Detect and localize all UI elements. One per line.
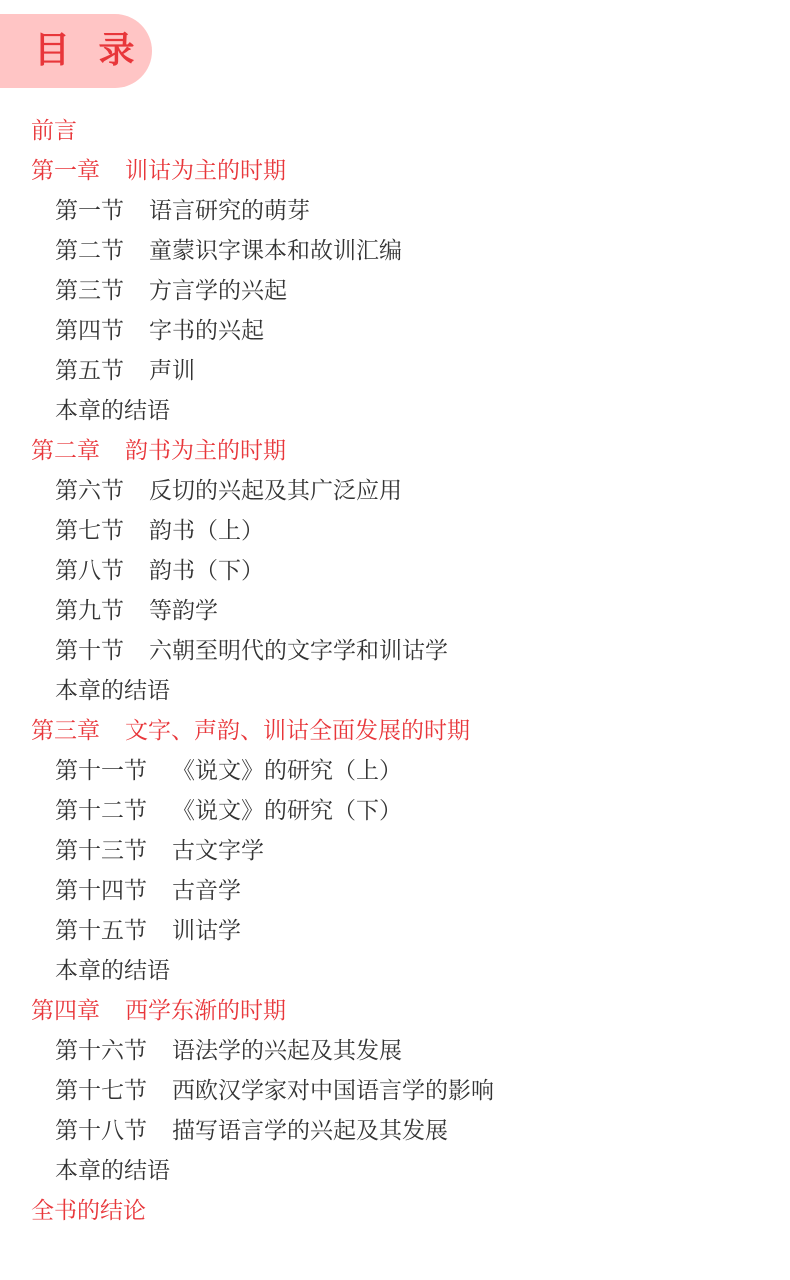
toc-item-number: 第三章	[31, 711, 100, 751]
toc-item-title: 西欧汉学家对中国语言学的影响	[172, 1078, 494, 1104]
toc-item-number: 第十二节	[55, 791, 147, 831]
toc-section-5[interactable]: 第五节声训	[0, 351, 790, 391]
toc-item-number: 第六节	[55, 471, 124, 511]
toc-item-title: 文字、声韵、训诂全面发展的时期	[125, 718, 470, 744]
toc-item-number: 第十八节	[55, 1111, 147, 1151]
toc-item-title: 《说文》的研究（下）	[172, 798, 402, 824]
toc-item-title: 古文字学	[172, 838, 264, 864]
toc-item-title: 声训	[149, 358, 195, 384]
toc-chapter-2[interactable]: 第二章韵书为主的时期	[0, 431, 790, 471]
toc-item-book-conclusion[interactable]: 全书的结论	[0, 1191, 790, 1231]
toc-chapter-4-conclusion[interactable]: 本章的结语	[0, 1151, 790, 1191]
toc-item-title: 韵书为主的时期	[125, 438, 286, 464]
toc-section-1[interactable]: 第一节语言研究的萌芽	[0, 191, 790, 231]
toc-item-title: 《说文》的研究（上）	[172, 758, 402, 784]
toc-item-title: 西学东渐的时期	[125, 998, 286, 1024]
toc-item-title: 字书的兴起	[149, 318, 264, 344]
toc-item-number: 第三节	[55, 271, 124, 311]
toc-section-10[interactable]: 第十节六朝至明代的文字学和训诂学	[0, 631, 790, 671]
toc-item-number: 第十六节	[55, 1031, 147, 1071]
toc-item-number: 第五节	[55, 351, 124, 391]
toc-section-15[interactable]: 第十五节训诂学	[0, 911, 790, 951]
toc-item-number: 第十五节	[55, 911, 147, 951]
toc-section-13[interactable]: 第十三节古文字学	[0, 831, 790, 871]
toc-item-title: 本章的结语	[55, 958, 170, 984]
toc-chapter-3-conclusion[interactable]: 本章的结语	[0, 951, 790, 991]
toc-item-title: 前言	[31, 118, 77, 144]
toc-section-12[interactable]: 第十二节《说文》的研究（下）	[0, 791, 790, 831]
toc-chapter-1[interactable]: 第一章训诂为主的时期	[0, 151, 790, 191]
table-of-contents: 前言 第一章训诂为主的时期 第一节语言研究的萌芽 第二节童蒙识字课本和故训汇编 …	[0, 111, 790, 1231]
toc-item-preface[interactable]: 前言	[0, 111, 790, 151]
toc-item-title: 古音学	[172, 878, 241, 904]
toc-section-3[interactable]: 第三节方言学的兴起	[0, 271, 790, 311]
toc-item-number: 第四章	[31, 991, 100, 1031]
toc-item-number: 第四节	[55, 311, 124, 351]
toc-item-title: 本章的结语	[55, 678, 170, 704]
toc-item-number: 第二章	[31, 431, 100, 471]
toc-item-number: 第七节	[55, 511, 124, 551]
toc-item-title: 方言学的兴起	[149, 278, 287, 304]
toc-item-title: 童蒙识字课本和故训汇编	[149, 238, 402, 264]
toc-section-7[interactable]: 第七节韵书（上）	[0, 511, 790, 551]
toc-item-number: 第九节	[55, 591, 124, 631]
toc-item-title: 训诂为主的时期	[125, 158, 286, 184]
toc-item-number: 第一章	[31, 151, 100, 191]
toc-item-title: 等韵学	[149, 598, 218, 624]
toc-item-title: 全书的结论	[31, 1198, 146, 1224]
toc-chapter-4[interactable]: 第四章西学东渐的时期	[0, 991, 790, 1031]
toc-item-title: 反切的兴起及其广泛应用	[149, 478, 402, 504]
toc-item-number: 第十四节	[55, 871, 147, 911]
toc-chapter-3[interactable]: 第三章文字、声韵、训诂全面发展的时期	[0, 711, 790, 751]
toc-chapter-2-conclusion[interactable]: 本章的结语	[0, 671, 790, 711]
toc-item-title: 本章的结语	[55, 398, 170, 424]
toc-section-17[interactable]: 第十七节西欧汉学家对中国语言学的影响	[0, 1071, 790, 1111]
toc-section-6[interactable]: 第六节反切的兴起及其广泛应用	[0, 471, 790, 511]
toc-item-title: 韵书（下）	[149, 558, 264, 584]
toc-section-4[interactable]: 第四节字书的兴起	[0, 311, 790, 351]
toc-item-number: 第二节	[55, 231, 124, 271]
toc-header-badge: 目 录	[0, 14, 152, 88]
toc-item-number: 第十七节	[55, 1071, 147, 1111]
toc-item-title: 六朝至明代的文字学和训诂学	[149, 638, 448, 664]
toc-item-title: 韵书（上）	[149, 518, 264, 544]
toc-item-number: 第十节	[55, 631, 124, 671]
toc-section-2[interactable]: 第二节童蒙识字课本和故训汇编	[0, 231, 790, 271]
toc-item-title: 训诂学	[172, 918, 241, 944]
toc-item-title: 语言研究的萌芽	[149, 198, 310, 224]
toc-section-16[interactable]: 第十六节语法学的兴起及其发展	[0, 1031, 790, 1071]
toc-item-number: 第十一节	[55, 751, 147, 791]
toc-item-number: 第八节	[55, 551, 124, 591]
toc-chapter-1-conclusion[interactable]: 本章的结语	[0, 391, 790, 431]
toc-item-number: 第十三节	[55, 831, 147, 871]
toc-section-18[interactable]: 第十八节描写语言学的兴起及其发展	[0, 1111, 790, 1151]
toc-item-title: 描写语言学的兴起及其发展	[172, 1118, 448, 1144]
toc-title: 目 录	[34, 33, 143, 69]
toc-section-11[interactable]: 第十一节《说文》的研究（上）	[0, 751, 790, 791]
toc-section-14[interactable]: 第十四节古音学	[0, 871, 790, 911]
toc-item-title: 语法学的兴起及其发展	[172, 1038, 402, 1064]
toc-section-9[interactable]: 第九节等韵学	[0, 591, 790, 631]
toc-item-title: 本章的结语	[55, 1158, 170, 1184]
toc-section-8[interactable]: 第八节韵书（下）	[0, 551, 790, 591]
toc-item-number: 第一节	[55, 191, 124, 231]
